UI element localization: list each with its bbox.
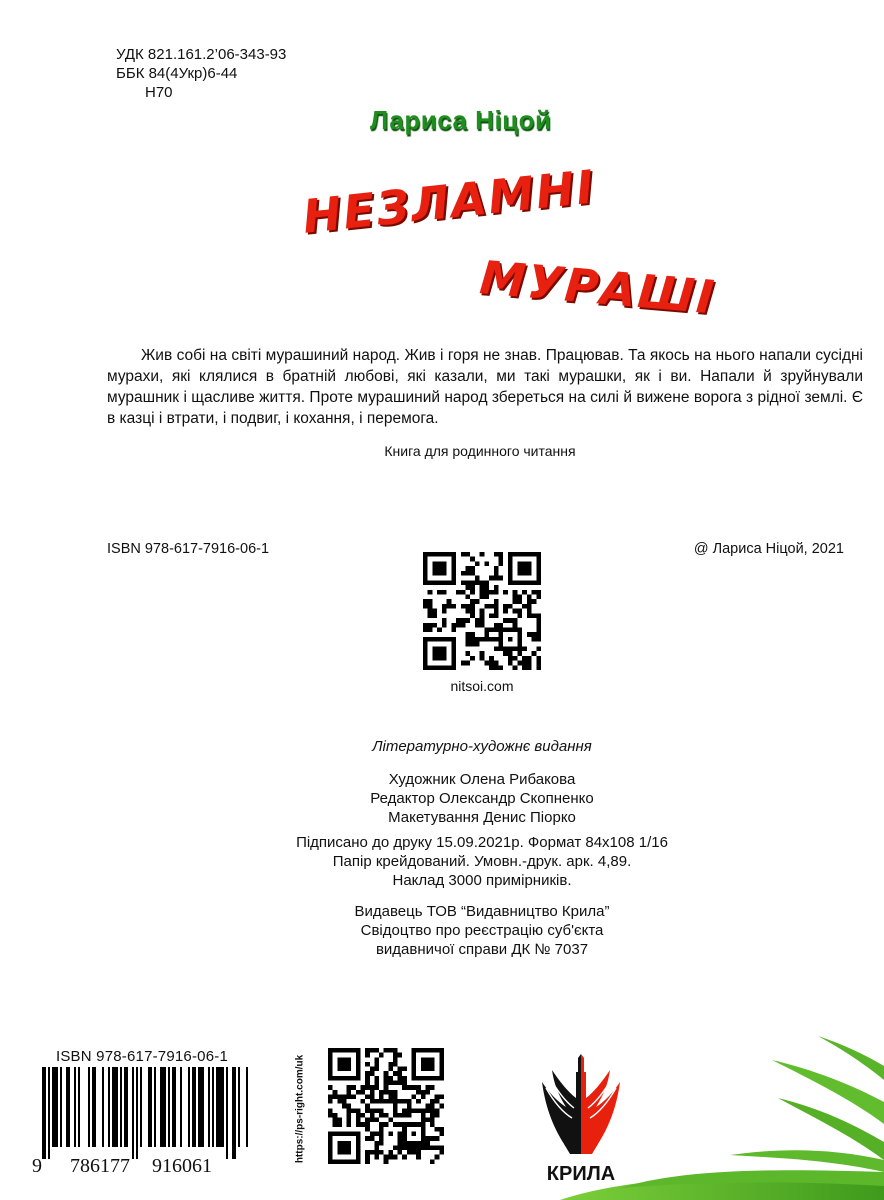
annotation-text: Жив собі на світі мурашиний народ. Жив і… [107, 345, 863, 429]
edition-type: Літературно-художнє видання [0, 738, 884, 755]
qr-url-label: https://ps-right.com/uk [290, 1050, 310, 1168]
print-info-line: Папір крейдований. Умовн.-друк. арк. 4,8… [0, 852, 884, 871]
publisher-line: Свідоцтво про реєстрацію суб'єкта [0, 921, 884, 940]
udk-code: УДК 821.161.2’06-343-93 [116, 45, 286, 64]
barcode-digits-right: 916061 [152, 1155, 212, 1178]
isbn-barcode: ISBN 978-617-7916-06-1 9 786177 916061 [32, 1048, 252, 1155]
website-link[interactable]: nitsoi.com [0, 678, 884, 694]
author-name: Лариса Ніцой [370, 105, 552, 136]
palm-leaves-decoration [560, 1020, 884, 1200]
credits-list: Художник Олена Рибакова Редактор Олексан… [0, 770, 884, 827]
book-title-line-1: НЕЗЛАМНІ [300, 159, 598, 243]
print-info-line: Підписано до друку 15.09.2021р. Формат 8… [0, 833, 884, 852]
publisher-line: видавничої справи ДК № 7037 [0, 940, 884, 959]
print-info-line: Наклад 3000 примірників. [0, 871, 884, 890]
annotation: Жив собі на світі мурашиний народ. Жив і… [107, 345, 863, 429]
barcode-digit-first: 9 [32, 1155, 42, 1178]
bbk-code: ББК 84(4Укр)6-44 [116, 64, 237, 83]
credit-editor: Редактор Олександр Скопненко [0, 789, 884, 808]
barcode-digits-left: 786177 [70, 1155, 130, 1178]
barcode-isbn-label: ISBN 978-617-7916-06-1 [32, 1048, 252, 1065]
qr-url-text: https://ps-right.com/uk [295, 1055, 306, 1163]
credit-illustrator: Художник Олена Рибакова [0, 770, 884, 789]
barcode-bars [32, 1067, 252, 1159]
isbn-text: ISBN 978-617-7916-06-1 [107, 541, 269, 557]
audience-note: Книга для родинного читання [0, 443, 884, 459]
publisher-info: Видавець ТОВ “Видавництво Крила” Свідоцт… [0, 902, 884, 959]
copyright-text: @ Лариса Ніцой, 2021 [694, 541, 844, 557]
publisher-line: Видавець ТОВ “Видавництво Крила” [0, 902, 884, 921]
book-title-line-2: МУРАШІ [478, 250, 718, 324]
qr-code-ps-right[interactable] [328, 1048, 444, 1164]
credit-layout: Макетування Денис Піорко [0, 808, 884, 827]
print-info: Підписано до друку 15.09.2021р. Формат 8… [0, 833, 884, 890]
author-mark: Н70 [145, 83, 173, 102]
qr-code-website[interactable] [423, 552, 541, 670]
